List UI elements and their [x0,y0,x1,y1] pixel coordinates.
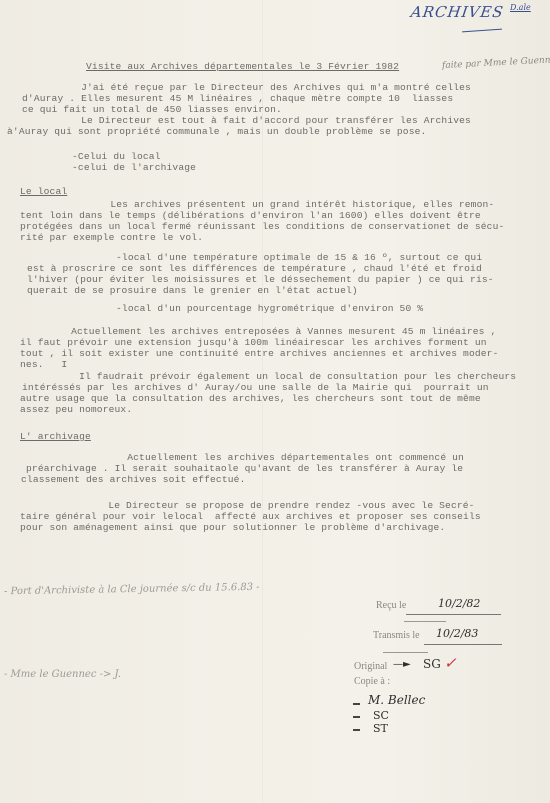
archivage-line: préarchivage . Il serait souhaitaole qu'… [26,463,463,474]
consultation-line: autre usage que la consultation des arch… [20,393,481,404]
condition-line: est à proscrire ce sont les différences … [27,263,482,274]
extension-line: nes. I [20,359,67,370]
received-line [406,614,501,615]
copy-label: Copie à : [354,676,390,687]
consultation-line: Il faudrait prévoir également un local d… [20,371,516,382]
condition-line: -local d'un pourcentage hygrométrique d'… [116,303,423,314]
local-line: rité par exemple contre le vol. [20,232,203,243]
closing-line: taire général pour voir lelocal affecté … [20,511,481,522]
extension-line: il faut prévoir une extension jusqu'à 10… [20,337,487,348]
transmitted-line [424,644,502,645]
original-label: Original [354,661,387,672]
extension-line: Actuellement les archives entreposées à … [12,326,496,337]
original-recipient: SG [423,657,441,671]
condition-line: l'hiver (pour éviter les moisissures et … [27,274,494,285]
arrow-icon: —► [393,659,411,670]
local-line: Les archives présentent un grand intérêt… [4,199,494,210]
copy-dash [353,729,360,731]
title-side-note: faite par Mme le Guennec [442,55,550,71]
stamp-separator [383,652,428,653]
section-heading-local: Le local [20,186,67,197]
intro-line: Le Directeur est tout à fait d'accord po… [22,115,471,126]
local-line: protégées dans un local fermé réunissant… [20,221,504,232]
received-label: Reçu le [376,600,406,611]
problem-item: -celui de l'archivage [72,162,196,173]
pencil-note-archiviste: - Port d'Archiviste à la Cle journée s/c… [4,582,260,597]
transmitted-date: 10/2/83 [436,627,478,640]
document-page: ARCHIVES D.ale Visite aux Archives dépar… [0,0,550,803]
archives-handwritten-stamp: ARCHIVES [410,3,505,21]
closing-line: Le Directeur se propose de prendre rende… [2,500,475,511]
transmitted-label: Transmis le [373,630,420,641]
stamp-underline [462,29,502,33]
archivage-line: classement des archives soit effectué. [21,474,245,485]
consultation-line: intéréssés par les archives d' Auray/ou … [22,382,489,393]
local-line: tent loin dans le temps (délibérations d… [20,210,481,221]
intro-line: d'Auray . Elles mesurent 45 M linéaires … [22,93,453,104]
closing-line: pour son aménagement ainsi que pour solu… [20,522,445,533]
archivage-line: Actuellement les archives départementale… [15,452,464,463]
intro-line: ce qui fait un total de 450 liasses envi… [22,104,282,115]
section-heading-archivage: L' archivage [20,431,91,442]
copy-recipient: M. Bellec [368,693,425,707]
problem-item: -Celui du local [72,151,161,162]
condition-line: querait de se prosuire dans le grenier e… [27,285,358,296]
intro-line: J'ai été reçue par le Directeur des Arch… [22,82,471,93]
intro-line: à'Auray qui sont propriété communale , m… [7,126,426,137]
red-check-icon: ✓ [444,654,457,672]
consultation-line: assez peu nomoreux. [20,404,132,415]
received-date: 10/2/82 [438,597,480,610]
document-title: Visite aux Archives départementales le 3… [86,61,399,72]
archives-stamp-suffix: D.ale [510,3,531,12]
extension-line: tout , il soit exister une continuité en… [20,348,498,359]
condition-line: -local d'une température optimale de 15 … [116,252,482,263]
pencil-note-guennec: - Mme le Guennec -> J. [4,669,121,680]
copy-recipient: SC [373,709,389,722]
copy-dash [353,716,360,718]
copy-dash [353,703,360,705]
copy-recipient: ST [373,722,388,735]
stamp-separator [404,621,446,622]
